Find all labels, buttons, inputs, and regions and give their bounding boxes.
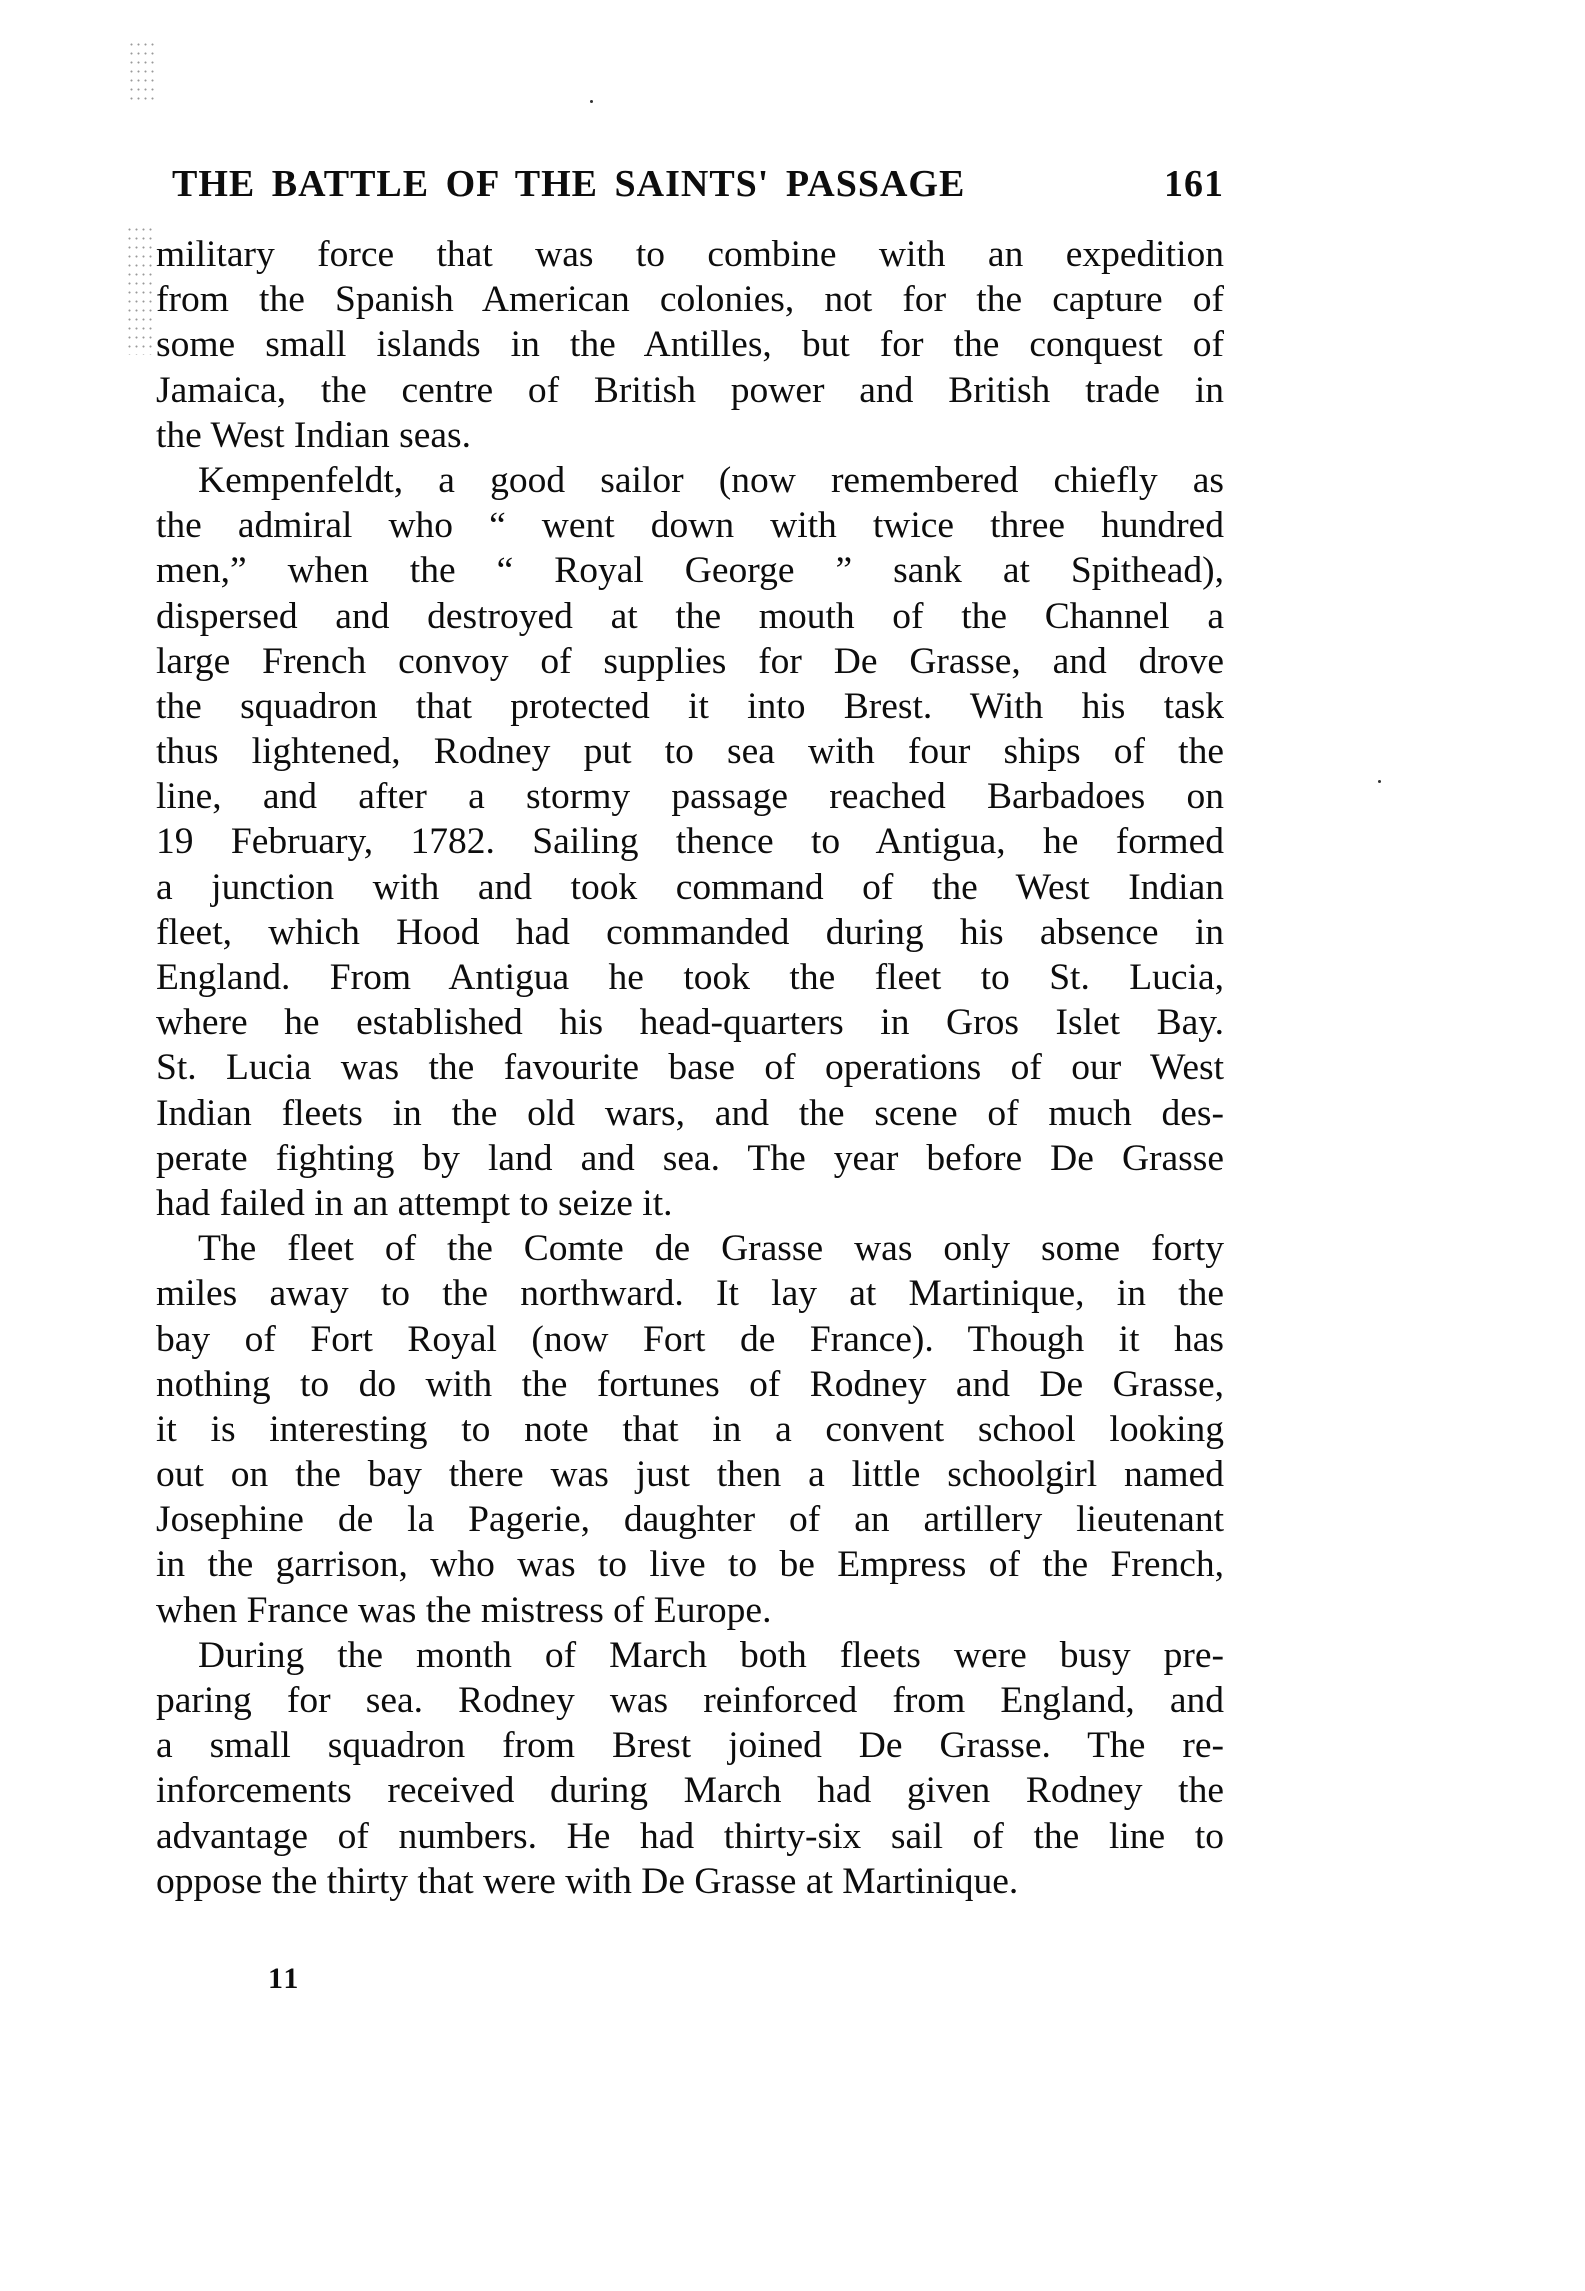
scan-speck — [1378, 780, 1381, 783]
text-line: thus lightened, Rodney put to sea with f… — [156, 729, 1224, 774]
text-line: miles away to the northward. It lay at M… — [156, 1271, 1224, 1316]
text-line: the squadron that protected it into Bres… — [156, 684, 1224, 729]
running-head: THE BATTLE OF THE SAINTS' PASSAGE 161 — [172, 162, 1224, 206]
signature-mark: 11 — [268, 1962, 300, 1996]
text-line: the admiral who “ went down with twice t… — [156, 503, 1224, 548]
text-line: men,” when the “ Royal George ” sank at … — [156, 548, 1224, 593]
page-number: 161 — [1164, 162, 1224, 206]
chapter-title: THE BATTLE OF THE SAINTS' PASSAGE — [172, 162, 965, 206]
text-line: inforcements received during March had g… — [156, 1768, 1224, 1813]
text-line: in the garrison, who was to live to be E… — [156, 1542, 1224, 1587]
paragraph: Kempenfeldt, a good sailor (now remember… — [156, 458, 1224, 1226]
scan-noise — [126, 225, 152, 355]
text-line: line, and after a stormy passage reached… — [156, 774, 1224, 819]
paragraph: The fleet of the Comte de Grasse was onl… — [156, 1226, 1224, 1633]
text-line: from the Spanish American colonies, not … — [156, 277, 1224, 322]
text-line: when France was the mistress of Europe. — [156, 1588, 1224, 1633]
text-line: paring for sea. Rodney was reinforced fr… — [156, 1678, 1224, 1723]
paragraph: During the month of March both fleets we… — [156, 1633, 1224, 1904]
scan-speck — [590, 100, 593, 103]
scan-noise — [128, 40, 158, 100]
text-line: dispersed and destroyed at the mouth of … — [156, 594, 1224, 639]
text-line: a junction with and took command of the … — [156, 865, 1224, 910]
body-text: military force that was to combine with … — [156, 232, 1224, 1904]
text-line: 19 February, 1782. Sailing thence to Ant… — [156, 819, 1224, 864]
book-page: THE BATTLE OF THE SAINTS' PASSAGE 161 mi… — [0, 0, 1585, 2291]
text-line: military force that was to combine with … — [156, 232, 1224, 277]
text-line: Kempenfeldt, a good sailor (now remember… — [156, 458, 1224, 503]
text-line: the West Indian seas. — [156, 413, 1224, 458]
text-line: fleet, which Hood had commanded during h… — [156, 910, 1224, 955]
text-line: Indian fleets in the old wars, and the s… — [156, 1091, 1224, 1136]
text-line: St. Lucia was the favourite base of oper… — [156, 1045, 1224, 1090]
text-line: England. From Antigua he took the fleet … — [156, 955, 1224, 1000]
text-line: perate fighting by land and sea. The yea… — [156, 1136, 1224, 1181]
text-line: it is interesting to note that in a conv… — [156, 1407, 1224, 1452]
text-line: advantage of numbers. He had thirty-six … — [156, 1814, 1224, 1859]
paragraph: military force that was to combine with … — [156, 232, 1224, 458]
text-line: large French convoy of supplies for De G… — [156, 639, 1224, 684]
text-line: nothing to do with the fortunes of Rodne… — [156, 1362, 1224, 1407]
text-line: some small islands in the Antilles, but … — [156, 322, 1224, 367]
text-line: Jamaica, the centre of British power and… — [156, 368, 1224, 413]
text-line: out on the bay there was just then a lit… — [156, 1452, 1224, 1497]
text-line: bay of Fort Royal (now Fort de France). … — [156, 1317, 1224, 1362]
text-line: oppose the thirty that were with De Gras… — [156, 1859, 1224, 1904]
text-line: During the month of March both fleets we… — [156, 1633, 1224, 1678]
text-line: a small squadron from Brest joined De Gr… — [156, 1723, 1224, 1768]
text-line: The fleet of the Comte de Grasse was onl… — [156, 1226, 1224, 1271]
text-line: had failed in an attempt to seize it. — [156, 1181, 1224, 1226]
text-line: where he established his head-quarters i… — [156, 1000, 1224, 1045]
text-line: Josephine de la Pagerie, daughter of an … — [156, 1497, 1224, 1542]
